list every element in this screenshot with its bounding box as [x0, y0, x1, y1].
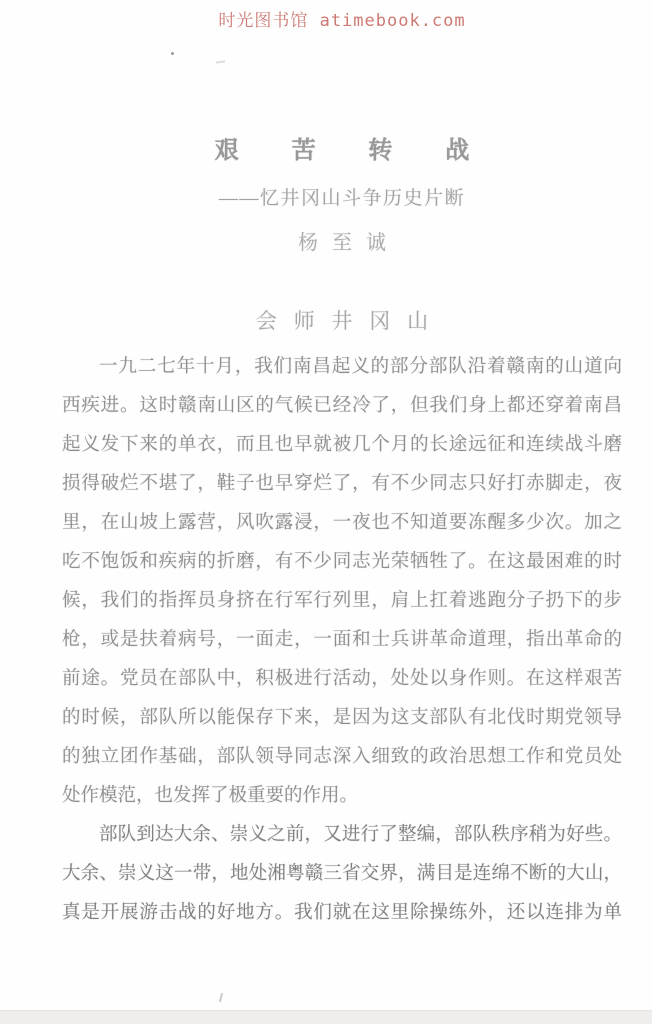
ink-speck-tick [219, 993, 223, 1002]
ink-speck-dash [216, 60, 225, 63]
body-line: 部队到达大余、崇义之前，又进行了整编，部队秩序稍为好些。 [62, 816, 622, 855]
body-line: 处作模范，也发挥了极重要的作用。 [62, 777, 622, 816]
body-line: 一九二七年十月，我们南昌起义的部分部队沿着赣南的山道向 [62, 348, 622, 387]
article-body: 一九二七年十月，我们南昌起义的部分部队沿着赣南的山道向 西疾进。这时赣南山区的气… [62, 348, 622, 933]
body-line: 西疾进。这时赣南山区的气候已经冷了，但我们身上都还穿着南昌 [62, 387, 622, 426]
body-line: 大余、崇义这一带，地处湘粤赣三省交界，满目是连绵不断的大山， [62, 855, 622, 894]
page-bottom-band [0, 1010, 652, 1024]
body-line: 的独立团作基础，部队领导同志深入细致的政治思想工作和党员处 [62, 738, 622, 777]
scanned-book-page: 时光图书馆 atimebook.com 艰苦转战 ——忆井冈山斗争历史片断 杨至… [0, 0, 652, 1024]
body-line: 候，我们的指挥员身挤在行军行列里，肩上扛着逃跑分子扔下的步 [62, 582, 622, 621]
body-line: 枪，或是扶着病号，一面走，一面和士兵讲革命道理，指出革命的 [62, 621, 622, 660]
body-line: 前途。党员在部队中，积极进行活动，处处以身作则。在这样艰苦 [62, 660, 622, 699]
body-line: 吃不饱饭和疾病的折磨，有不少同志光荣牺牲了。在这最困难的时 [62, 543, 622, 582]
watermark-text: 时光图书馆 atimebook.com [218, 11, 465, 31]
body-line: 真是开展游击战的好地方。我们就在这里除操练外，还以连排为单 [62, 894, 622, 933]
watermark-header: 时光图书馆 atimebook.com [62, 6, 622, 31]
body-line: 的时候，部队所以能保存下来，是因为这支部队有北伐时期党领导 [62, 699, 622, 738]
body-line: 损得破烂不堪了，鞋子也早穿烂了，有不少同志只好打赤脚走，夜 [62, 465, 622, 504]
section-heading: 会师井冈山 [62, 305, 622, 335]
article-subtitle: ——忆井冈山斗争历史片断 [62, 183, 622, 210]
article-author: 杨至诚 [62, 226, 622, 255]
body-line: 里，在山坡上露营，风吹露浸，一夜也不知道要冻醒多少次。加之 [62, 504, 622, 543]
ink-speck-dot [171, 52, 174, 55]
article-title: 艰苦转战 [62, 130, 622, 165]
body-line: 起义发下来的单衣，而且也早就被几个月的长途远征和连续战斗磨 [62, 426, 622, 465]
